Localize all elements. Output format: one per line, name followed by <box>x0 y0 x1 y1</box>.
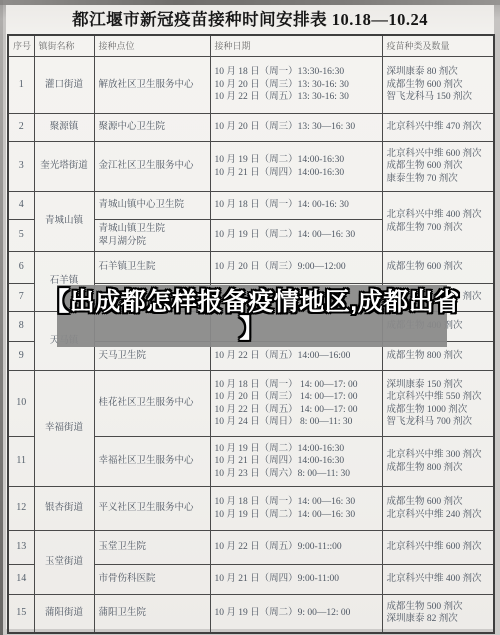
header-town: 镇街名称 <box>34 35 94 57</box>
header-vaccine: 疫苗种类及数量 <box>382 35 494 57</box>
cell-vaccines: 深圳康泰 80 剂次 成都生物 600 剂次 智飞龙科马 150 剂次 <box>382 57 494 114</box>
cell-vaccines: 北京科兴中维 600 剂次 成都生物 600 剂次 康泰生物 70 剂次 <box>382 142 494 192</box>
cell-dates: 10 月 21 日（周四）9:00-11:00 <box>210 565 382 595</box>
table-row: 15 蒲阳街道 蒲阳卫生院 10 月 19 日（周二）9: 00—12: 00 … <box>8 595 494 633</box>
cell-site: 聚源中心卫生院 <box>94 114 210 142</box>
cell-no: 2 <box>8 114 34 142</box>
cell-vaccines: 成都生物 500 剂次 深圳康泰 82 剂次 <box>382 595 494 633</box>
cell-dates: 10 月 22 日（周五）9:00-11::00 <box>210 531 382 565</box>
cell-no: 9 <box>8 342 34 371</box>
scan-left-shadow <box>0 0 3 635</box>
table-row: 10 幸福街道 桂花社区卫生服务中心 10 月 18 日（周一） 14: 00—… <box>8 371 494 437</box>
cell-town: 青城山镇 <box>34 192 94 252</box>
header-site: 接种点位 <box>94 35 210 57</box>
cell-site: 解放社区卫生服务中心 <box>94 57 210 114</box>
cell-town: 聚源镇 <box>34 114 94 142</box>
cell-dates: 10 月 20 日（周三）13: 30—16: 30 <box>210 114 382 142</box>
cell-dates: 10 月 18 日（周一）13:30-16:30 10 月 20 日（周三）13… <box>210 57 382 114</box>
caption-line-1: 【出成都怎样报备疫情地区,成都出省 <box>44 289 459 316</box>
cell-vaccines: 北京科兴中维 470 剂次 <box>382 114 494 142</box>
cell-no: 6 <box>8 252 34 284</box>
cell-site: 平义社区卫生服务中心 <box>94 487 210 531</box>
cell-dates: 10 月 19 日（周二）14:00-16:30 10 月 21 日（周四）14… <box>210 142 382 192</box>
cell-town: 灌口街道 <box>34 57 94 114</box>
cell-vaccines: 深圳康泰 150 剂次 北京科兴中维 550 剂次 成都生物 1000 剂次 智… <box>382 371 494 437</box>
cell-no: 11 <box>8 437 34 487</box>
cell-site: 青城山镇中心卫生院 <box>94 192 210 220</box>
cell-site: 幸福社区卫生服务中心 <box>94 437 210 487</box>
cell-no: 12 <box>8 487 34 531</box>
cell-dates: 10 月 19 日（周二）14:00-16:30 10 月 21 日（周四）14… <box>210 437 382 487</box>
page-title: 都江堰市新冠疫苗接种时间安排表 10.18—10.24 <box>6 8 494 32</box>
cell-dates: 10 月 20 日（周三）9:00—12:00 <box>210 252 382 284</box>
cell-site: 金江社区卫生服务中心 <box>94 142 210 192</box>
table-row: 1 灌口街道 解放社区卫生服务中心 10 月 18 日（周一）13:30-16:… <box>8 57 494 114</box>
table-row: 12 银杏街道 平义社区卫生服务中心 10 月 18 日（周一）14: 00—1… <box>8 487 494 531</box>
cell-dates: 10 月 19 日（周二）14: 00—16: 30 <box>210 220 382 252</box>
cell-town: 银杏街道 <box>34 487 94 531</box>
table-row: 4 青城山镇 青城山镇中心卫生院 10 月 18 日（周一）14: 00-16:… <box>8 192 494 220</box>
table-row: 13 玉堂街道 玉堂卫生院 10 月 22 日（周五）9:00-11::00 北… <box>8 531 494 565</box>
cell-no: 4 <box>8 192 34 220</box>
cell-no: 1 <box>8 57 34 114</box>
cell-vaccines: 北京科兴中维 600 剂次 <box>382 531 494 565</box>
caption-overlay: 【出成都怎样报备疫情地区,成都出省 】 <box>57 285 447 347</box>
cell-town: 奎光塔街道 <box>34 142 94 192</box>
cell-vaccines: 北京科兴中维 400 剂次 成都生物 700 剂次 <box>382 192 494 252</box>
header-no: 序号 <box>8 35 34 57</box>
cell-site: 蒲阳卫生院 <box>94 595 210 633</box>
cell-site: 石羊镇卫生院 <box>94 252 210 284</box>
cell-site: 玉堂卫生院 <box>94 531 210 565</box>
cell-site: 市骨伤科医院 <box>94 565 210 595</box>
cell-no: 5 <box>8 220 34 252</box>
cell-vaccines: 北京科兴中维 400 剂次 <box>382 565 494 595</box>
caption-line-2: 】 <box>239 316 265 343</box>
cell-no: 15 <box>8 595 34 633</box>
cell-dates: 10 月 19 日（周二）9: 00—12: 00 <box>210 595 382 633</box>
cell-dates: 10 月 18 日（周一）14: 00—16: 30 10 月 19 日（周二）… <box>210 487 382 531</box>
cell-site: 青城山镇卫生院 翠月湖分院 <box>94 220 210 252</box>
cell-site: 桂花社区卫生服务中心 <box>94 371 210 437</box>
cell-no: 10 <box>8 371 34 437</box>
cell-vaccines: 北京科兴中维 300 剂次 成都生物 800 剂次 <box>382 437 494 487</box>
table-row: 6 石羊镇 石羊镇卫生院 10 月 20 日（周三）9:00—12:00 成都生… <box>8 252 494 284</box>
cell-town: 蒲阳街道 <box>34 595 94 633</box>
table-header-row: 序号 镇街名称 接种点位 接种日期 疫苗种类及数量 <box>8 35 494 57</box>
cell-no: 3 <box>8 142 34 192</box>
cell-dates: 10 月 18 日（周一） 14: 00—17: 00 10 月 20 日（周三… <box>210 371 382 437</box>
table-row: 2 聚源镇 聚源中心卫生院 10 月 20 日（周三）13: 30—16: 30… <box>8 114 494 142</box>
cell-town: 幸福街道 <box>34 371 94 487</box>
cell-vaccines: 成都生物 600 剂次 <box>382 252 494 284</box>
table-row: 3 奎光塔街道 金江社区卫生服务中心 10 月 19 日（周二）14:00-16… <box>8 142 494 192</box>
cell-no: 7 <box>8 284 34 312</box>
cell-town: 玉堂街道 <box>34 531 94 595</box>
header-date: 接种日期 <box>210 35 382 57</box>
cell-vaccines: 成都生物 600 剂次 北京科兴中维 240 剂次 <box>382 487 494 531</box>
cell-no: 14 <box>8 565 34 595</box>
cell-no: 13 <box>8 531 34 565</box>
cell-dates: 10 月 18 日（周一）14: 00-16: 30 <box>210 192 382 220</box>
cell-no: 8 <box>8 312 34 342</box>
